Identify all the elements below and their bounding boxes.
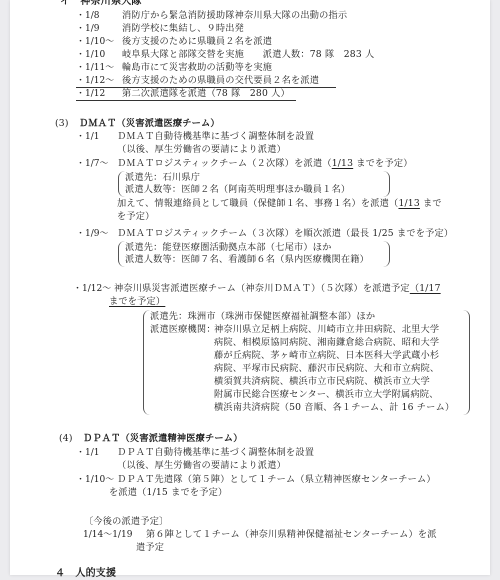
item-date: ・1/8 [76, 10, 100, 22]
box-line: 横須賀共済病院、横浜市立市民病院、横浜市立大学 [214, 376, 430, 388]
section-heading-next: ４ 人的支援 [55, 568, 116, 575]
item-date: ・1/10～ [76, 474, 114, 486]
item-text: までを予定） [109, 296, 165, 308]
item-date: ・1/7～ [76, 158, 109, 170]
item-date: ・1/12～ [76, 75, 114, 87]
box-line: 派遣先：石川県庁 [125, 172, 200, 184]
box-label: 派遣医療機関： [150, 324, 216, 336]
box-line: 派遣人数等：医師７名、看護師６名（県内医療機関在籍） [125, 254, 369, 266]
text: 神奈川県災害派遣医療チーム（神奈川ＤＭＡＴ）（５次隊）を派遣予定 [114, 283, 410, 294]
item-text: ＤＭＡＴ自動待機基準に基づく調整体制を設置 [117, 131, 314, 143]
box-line: 藤が丘病院、茅ヶ崎市立病院、日本医科大学武蔵小杉 [214, 350, 439, 362]
section-number: (3) [55, 118, 69, 130]
item-text: 第６陣として１チーム（神奈川県精神保健福祉センターチーム）を派 [146, 529, 437, 541]
box-line: 附属市民総合医療センター、横浜市立大学附属病院、 [214, 389, 439, 401]
item-date: ・1/11～ [76, 62, 114, 74]
box-line: 派遣人数等：医師２名（阿南英明理事ほか職員１名） [125, 184, 350, 196]
item-date: ・1/9 [76, 23, 100, 35]
item-text: 遣予定 [136, 542, 164, 554]
item-text: ＤＭＡＴロジスティックチーム（３次隊）を順次派遣（最長 1/25 までを予定） [117, 228, 453, 240]
text: まで [420, 198, 442, 209]
future-label: 〔今後の派遣予定〕 [84, 516, 169, 528]
item-text: 後方支援のために県職員２名を派遣 [122, 36, 272, 48]
item-date: ・1/12～ [73, 283, 111, 295]
text: 加えて、情報連絡員として職員（保健師１名、事務１名）を派遣（ [117, 198, 398, 209]
item-text: を派遣（1/15 までを予定） [109, 487, 227, 499]
text: までを予定） [353, 158, 412, 169]
item-text: 岐阜県大隊と部隊交替を実施 派遣人数：78 隊 283 人 [122, 49, 374, 61]
item-text: （以後、厚生労働省の要請により派遣） [117, 460, 286, 472]
box-line: 病院、平塚市民病院、藤沢市民病院、大和市立病院、 [214, 363, 439, 375]
document-page: イ 神奈川県大隊 ・1/8 消防庁から緊急消防援助隊神奈川県大隊の出動の指示 ・… [10, 0, 490, 575]
section-number: (4) [59, 433, 73, 445]
item-text: （以後、厚生労働省の要請により派遣） [117, 144, 286, 156]
item-date: ・1/1 [76, 447, 100, 459]
item-text: ＤＭＡＴロジスティックチーム（２次隊）を派遣（1/13 までを予定） [117, 158, 413, 170]
box-line: 神奈川県立足柄上病院、川崎市立井田病院、北里大学 [214, 324, 439, 336]
box-line: 病院、相模原協同病院、湘南鎌倉総合病院、昭和大学 [214, 337, 439, 349]
text: ＤＭＡＴロジスティックチーム（２次隊）を派遣（ [117, 158, 332, 169]
section-heading-dmat: ＤＭＡＴ（災害派遣医療チーム） [79, 118, 220, 130]
item-text: 輪島市にて災害救助の活動等を実施 [122, 62, 272, 74]
underlined-date: 1/13 [398, 198, 419, 209]
item-text: 第二次派遣隊を派遣（78 隊 280 人） [122, 88, 290, 100]
item-date: ・1/9～ [76, 228, 109, 240]
item-date: ・1/10～ [76, 36, 114, 48]
box-line: 派遣先：能登医療圏活動拠点本部（七尾市）ほか [125, 242, 332, 254]
list-item-underlined: ・1/12 第二次派遣隊を派遣（78 隊 280 人） [76, 88, 296, 101]
item-text: ＤＰＡＴ先遣隊（第５陣）として１チーム（県立精神医療センターチーム） [117, 474, 436, 486]
item-text: 加えて、情報連絡員として職員（保健師１名、事務１名）を派遣（1/13 まで [117, 198, 442, 210]
list-item-underlined: ・1/12～ 後方支援のための県職員の交代要員２名を派遣 [76, 75, 336, 88]
section-heading-kanagawa: イ 神奈川県大隊 [60, 0, 142, 8]
item-date: 1/14～1/19 [83, 529, 132, 541]
box-line: 派遣先：珠洲市（珠洲市保健医療福祉調整本部）ほか [150, 311, 375, 323]
section-heading-dpat: ＤＰＡＴ（災害派遣精神医療チーム） [83, 433, 243, 445]
underlined-date: 1/13 [332, 158, 353, 169]
item-text: 消防学校に集結し、９時出発 [122, 23, 244, 35]
item-date: ・1/10 [76, 49, 105, 61]
item-text: 神奈川県災害派遣医療チーム（神奈川ＤＭＡＴ）（５次隊）を派遣予定（1/17 [114, 283, 441, 295]
box-line: 横浜南共済病院（50 音順、各１チーム、計 16 チーム） [214, 402, 454, 414]
item-text: ＤＰＡＴ自動待機基準に基づく調整体制を設置 [117, 447, 314, 459]
underlined-date: （1/17 [410, 283, 441, 294]
item-text: を予定） [117, 211, 155, 223]
item-date: ・1/1 [76, 131, 100, 143]
item-text: 消防庁から緊急消防援助隊神奈川県大隊の出動の指示 [122, 10, 347, 22]
item-date: ・1/12 [76, 88, 105, 100]
item-text: 後方支援のための県職員の交代要員２名を派遣 [122, 75, 319, 87]
